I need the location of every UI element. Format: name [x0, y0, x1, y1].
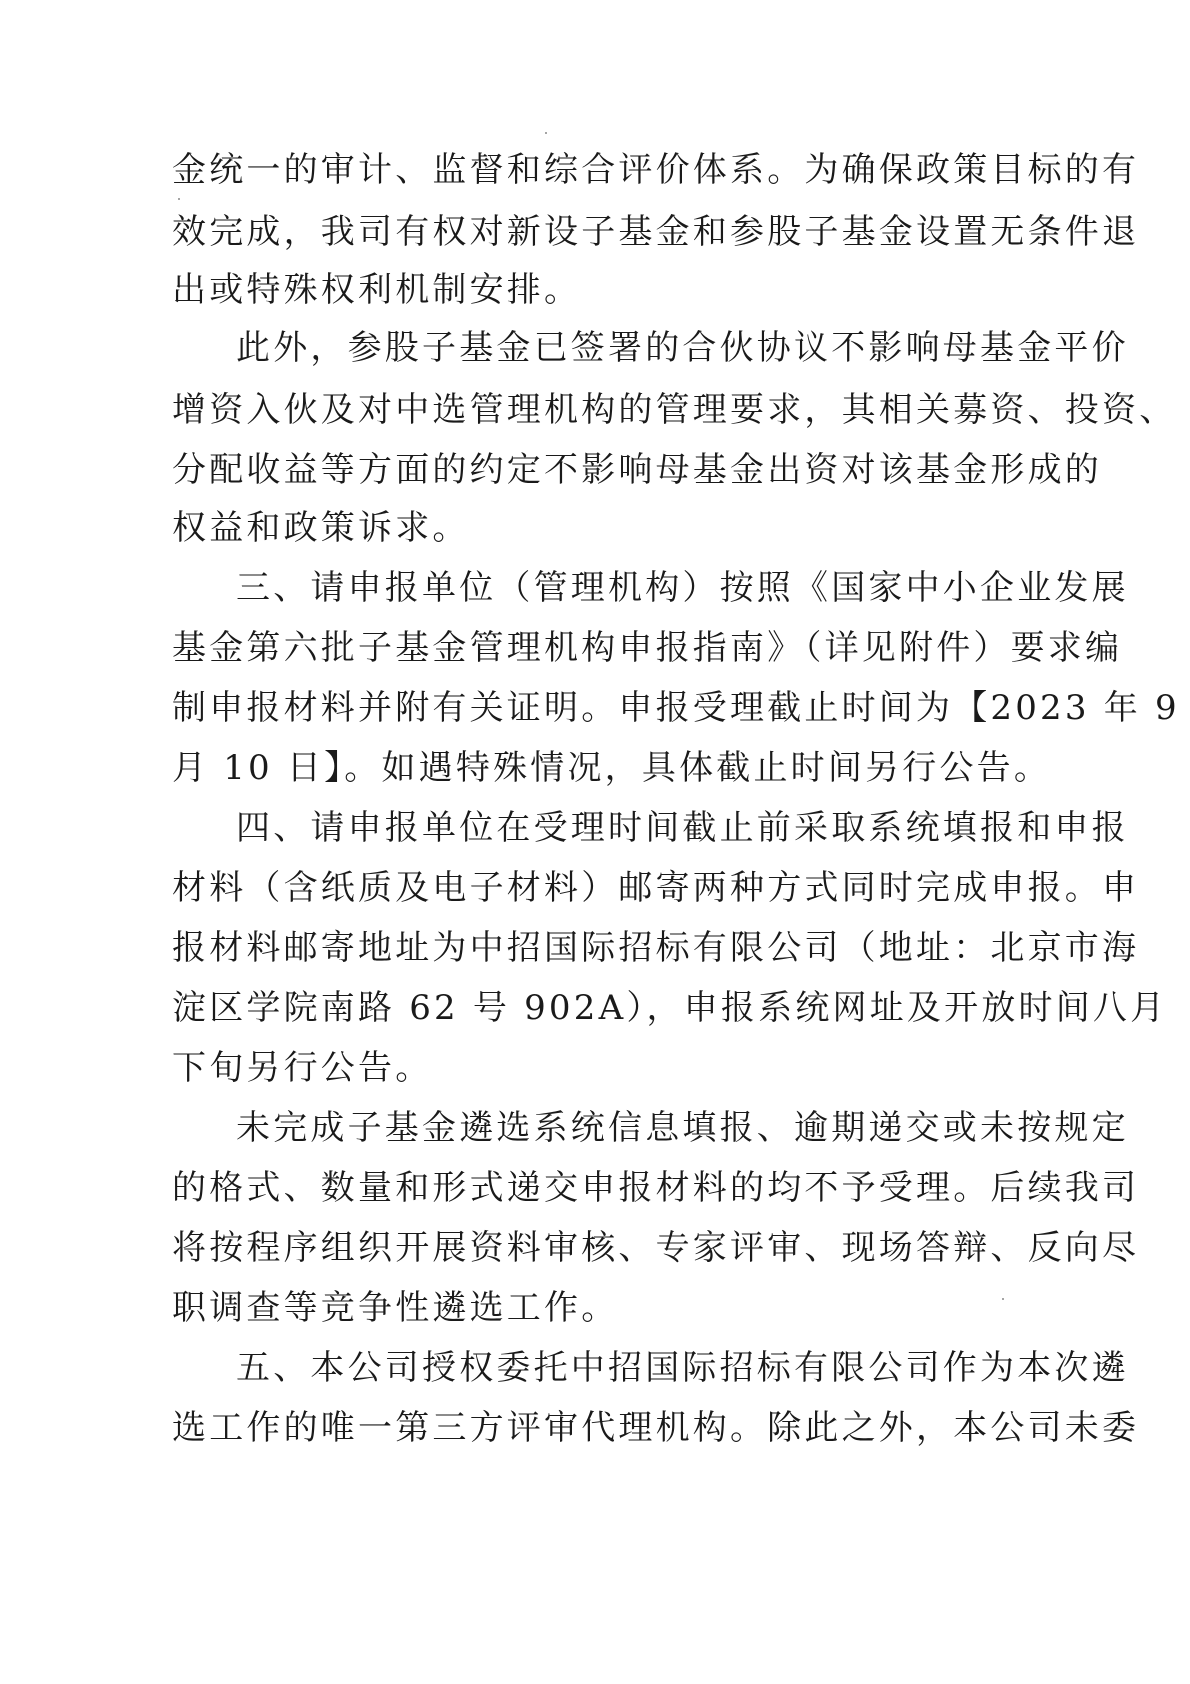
text-line: 未完成子基金遴选系统信息填报、逾期递交或未按规定 [236, 1108, 944, 1148]
text-line: 增资入伙及对中选管理机构的管理要求，其相关募资、投资、 [172, 390, 944, 430]
scan-speck [178, 198, 180, 200]
text-line: 效完成，我司有权对新设子基金和参股子基金设置无条件退 [172, 212, 944, 252]
text-line: 三、请申报单位（管理机构）按照《国家中小企业发展 [236, 568, 944, 608]
scan-speck [545, 132, 547, 134]
text-line: 职调查等竞争性遴选工作。 [172, 1288, 944, 1328]
text-line: 分配收益等方面的约定不影响母基金出资对该基金形成的 [172, 450, 944, 490]
text-line: 权益和政策诉求。 [172, 508, 944, 548]
text-line: 基金第六批子基金管理机构申报指南》（详见附件）要求编 [172, 628, 944, 668]
text-line: 金统一的审计、监督和综合评价体系。为确保政策目标的有 [172, 150, 944, 190]
text-line: 四、请申报单位在受理时间截止前采取系统填报和申报 [236, 808, 944, 848]
document-page: 金统一的审计、监督和综合评价体系。为确保政策目标的有 效完成，我司有权对新设子基… [0, 0, 1190, 1684]
text-line: 下旬另行公告。 [172, 1048, 944, 1088]
text-line: 报材料邮寄地址为中招国际招标有限公司（地址：北京市海 [172, 928, 944, 968]
text-line: 材料（含纸质及电子材料）邮寄两种方式同时完成申报。申 [172, 868, 944, 908]
scan-speck [1002, 1298, 1004, 1300]
text-line: 出或特殊权利机制安排。 [172, 270, 944, 310]
text-line: 选工作的唯一第三方评审代理机构。除此之外，本公司未委 [172, 1408, 944, 1448]
text-line: 制申报材料并附有关证明。申报受理截止时间为【2023 年 9 [172, 688, 944, 728]
text-line: 五、本公司授权委托中招国际招标有限公司作为本次遴 [236, 1348, 944, 1388]
text-line: 将按程序组织开展资料审核、专家评审、现场答辩、反向尽 [172, 1228, 944, 1268]
text-line: 此外，参股子基金已签署的合伙协议不影响母基金平价 [236, 328, 944, 368]
text-line: 月 10 日】。如遇特殊情况，具体截止时间另行公告。 [172, 748, 944, 788]
text-line: 的格式、数量和形式递交申报材料的均不予受理。后续我司 [172, 1168, 944, 1208]
text-line: 淀区学院南路 62 号 902A），申报系统网址及开放时间八月 [172, 988, 944, 1028]
